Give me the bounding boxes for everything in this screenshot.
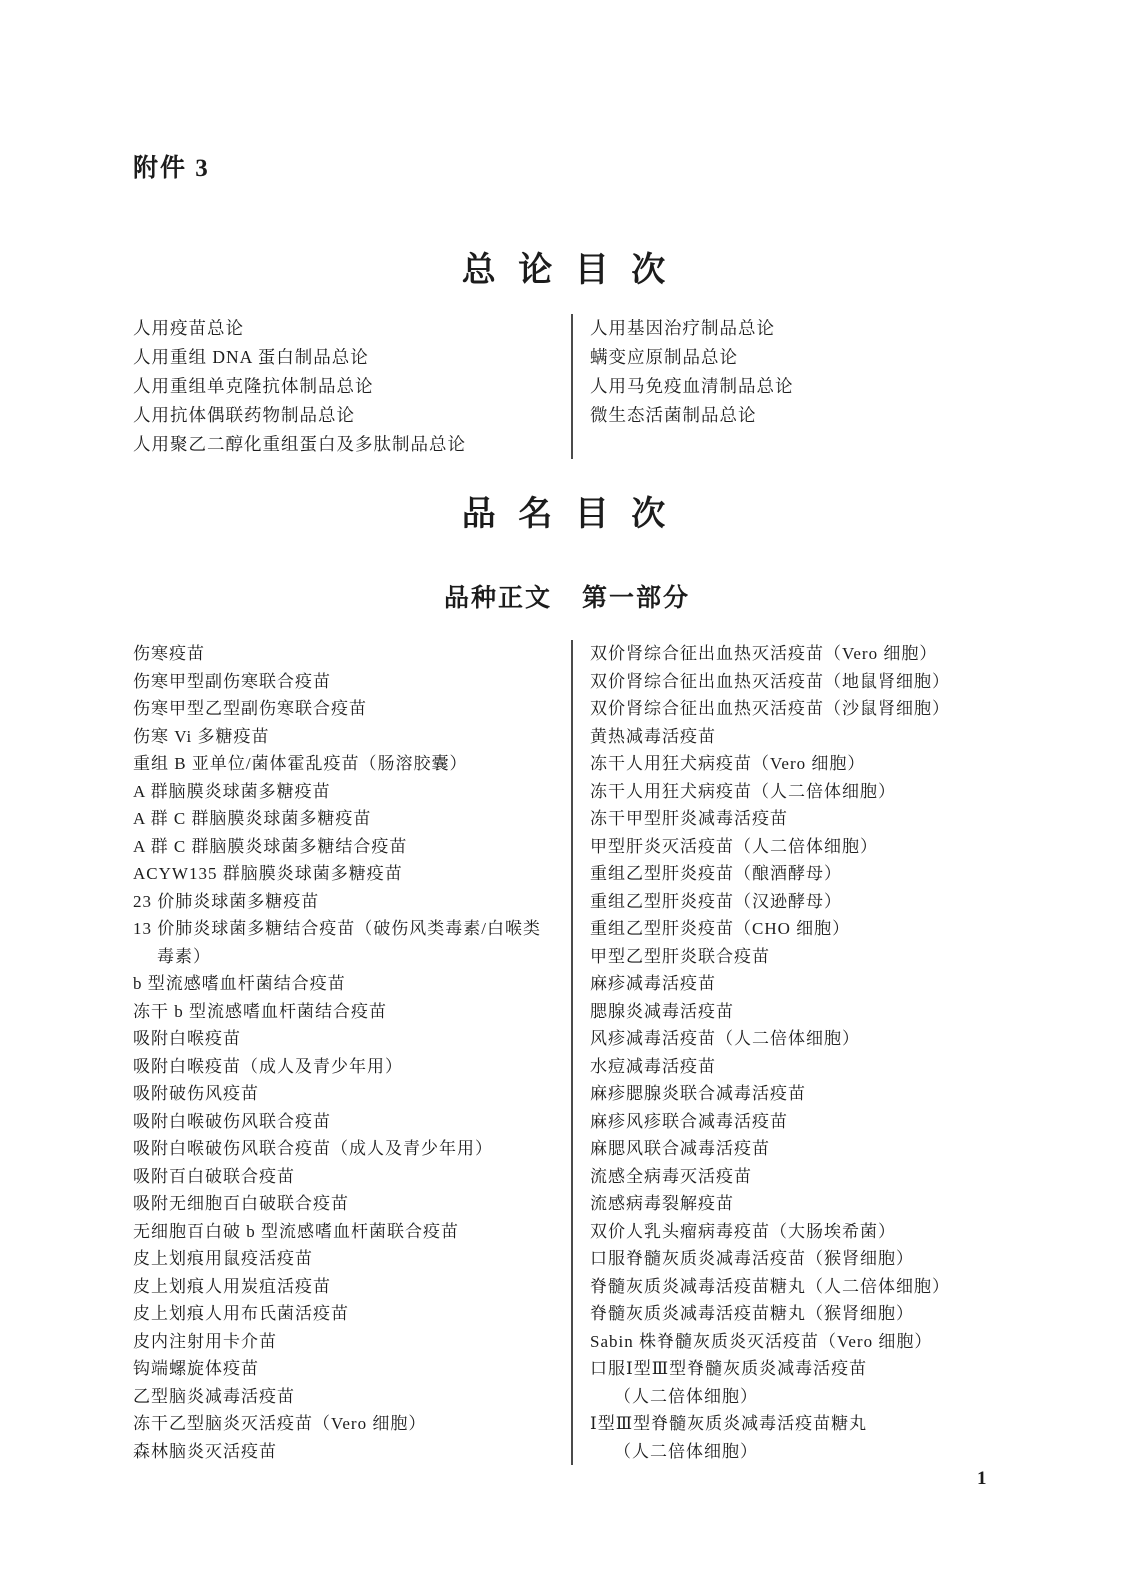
toc-entry: 皮内注射用卡介苗	[133, 1328, 571, 1356]
toc-entry: 钩端螺旋体疫苗	[133, 1355, 571, 1383]
toc-entry: 毒素）	[133, 943, 571, 971]
toc-entry: 口服Ⅰ型Ⅲ型脊髓灰质炎减毒活疫苗	[590, 1355, 1018, 1383]
toc-entry: 重组 B 亚单位/菌体霍乱疫苗（肠溶胶囊）	[133, 750, 571, 778]
toc-entry: 冻干 b 型流感嗜血杆菌结合疫苗	[133, 998, 571, 1026]
toc-entry: 甲型肝炎灭活疫苗（人二倍体细胞）	[590, 833, 1018, 861]
toc-entry: 皮上划痕人用炭疽活疫苗	[133, 1273, 571, 1301]
product-right-column: 双价肾综合征出血热灭活疫苗（Vero 细胞） 双价肾综合征出血热灭活疫苗（地鼠肾…	[573, 640, 1018, 1465]
toc-entry: 腮腺炎减毒活疫苗	[590, 998, 1018, 1026]
toc-entry: 森林脑炎灭活疫苗	[133, 1438, 571, 1466]
toc-entry: 人用基因治疗制品总论	[590, 314, 1018, 343]
toc-entry: 麻疹风疹联合减毒活疫苗	[590, 1108, 1018, 1136]
toc-entry: 皮上划痕人用布氏菌活疫苗	[133, 1300, 571, 1328]
toc-entry: 螨变应原制品总论	[590, 343, 1018, 372]
toc-entry: 人用抗体偶联药物制品总论	[133, 401, 571, 430]
section-subtitle: 品种正文第一部分	[0, 578, 1134, 614]
general-left-column: 人用疫苗总论 人用重组 DNA 蛋白制品总论 人用重组单克隆抗体制品总论 人用抗…	[133, 314, 571, 459]
toc-entry: 人用重组单克隆抗体制品总论	[133, 372, 571, 401]
product-contents-list: 伤寒疫苗 伤寒甲型副伤寒联合疫苗 伤寒甲型乙型副伤寒联合疫苗 伤寒 Vi 多糖疫…	[133, 640, 1018, 1465]
toc-entry: 脊髓灰质炎减毒活疫苗糖丸（猴肾细胞）	[590, 1300, 1018, 1328]
product-left-column: 伤寒疫苗 伤寒甲型副伤寒联合疫苗 伤寒甲型乙型副伤寒联合疫苗 伤寒 Vi 多糖疫…	[133, 640, 571, 1465]
general-right-column: 人用基因治疗制品总论 螨变应原制品总论 人用马免疫血清制品总论 微生态活菌制品总…	[573, 314, 1018, 459]
toc-entry: 无细胞百白破 b 型流感嗜血杆菌联合疫苗	[133, 1218, 571, 1246]
toc-entry: A 群脑膜炎球菌多糖疫苗	[133, 778, 571, 806]
toc-entry: 冻干乙型脑炎灭活疫苗（Vero 细胞）	[133, 1410, 571, 1438]
toc-entry: 水痘减毒活疫苗	[590, 1053, 1018, 1081]
toc-entry: A 群 C 群脑膜炎球菌多糖结合疫苗	[133, 833, 571, 861]
toc-entry: 吸附白喉破伤风联合疫苗	[133, 1108, 571, 1136]
toc-entry: 麻疹减毒活疫苗	[590, 970, 1018, 998]
product-contents-title: 品 名 目 次	[0, 486, 1134, 535]
toc-entry: 伤寒甲型乙型副伤寒联合疫苗	[133, 695, 571, 723]
toc-entry: 双价肾综合征出血热灭活疫苗（Vero 细胞）	[590, 640, 1018, 668]
toc-entry: 伤寒疫苗	[133, 640, 571, 668]
toc-entry: 冻干人用狂犬病疫苗（Vero 细胞）	[590, 750, 1018, 778]
toc-entry: 乙型脑炎减毒活疫苗	[133, 1383, 571, 1411]
toc-entry: 冻干人用狂犬病疫苗（人二倍体细胞）	[590, 778, 1018, 806]
toc-entry: 人用马免疫血清制品总论	[590, 372, 1018, 401]
toc-entry: 黄热减毒活疫苗	[590, 723, 1018, 751]
general-contents-list: 人用疫苗总论 人用重组 DNA 蛋白制品总论 人用重组单克隆抗体制品总论 人用抗…	[133, 314, 1018, 459]
toc-entry: 双价人乳头瘤病毒疫苗（大肠埃希菌）	[590, 1218, 1018, 1246]
subtitle-part2: 第一部分	[582, 585, 690, 612]
toc-entry: 流感全病毒灭活疫苗	[590, 1163, 1018, 1191]
toc-entry: 麻腮风联合减毒活疫苗	[590, 1135, 1018, 1163]
toc-entry: 流感病毒裂解疫苗	[590, 1190, 1018, 1218]
toc-entry: 微生态活菌制品总论	[590, 401, 1018, 430]
toc-entry: 双价肾综合征出血热灭活疫苗（地鼠肾细胞）	[590, 668, 1018, 696]
toc-entry: b 型流感嗜血杆菌结合疫苗	[133, 970, 571, 998]
toc-entry: 双价肾综合征出血热灭活疫苗（沙鼠肾细胞）	[590, 695, 1018, 723]
toc-entry: 吸附白喉疫苗（成人及青少年用）	[133, 1053, 571, 1081]
toc-entry: 伤寒甲型副伤寒联合疫苗	[133, 668, 571, 696]
toc-entry: 人用重组 DNA 蛋白制品总论	[133, 343, 571, 372]
toc-entry: 重组乙型肝炎疫苗（酿酒酵母）	[590, 860, 1018, 888]
document-page: 附件 3 总 论 目 次 人用疫苗总论 人用重组 DNA 蛋白制品总论 人用重组…	[0, 0, 1134, 1580]
toc-entry: 吸附无细胞百白破联合疫苗	[133, 1190, 571, 1218]
toc-entry: 风疹减毒活疫苗（人二倍体细胞）	[590, 1025, 1018, 1053]
toc-entry: 人用疫苗总论	[133, 314, 571, 343]
toc-entry: Ⅰ型Ⅲ型脊髓灰质炎减毒活疫苗糖丸	[590, 1410, 1018, 1438]
toc-entry: ACYW135 群脑膜炎球菌多糖疫苗	[133, 860, 571, 888]
toc-entry: 23 价肺炎球菌多糖疫苗	[133, 888, 571, 916]
toc-entry: 脊髓灰质炎减毒活疫苗糖丸（人二倍体细胞）	[590, 1273, 1018, 1301]
toc-entry: （人二倍体细胞）	[590, 1383, 1018, 1411]
toc-entry: 甲型乙型肝炎联合疫苗	[590, 943, 1018, 971]
toc-entry: 重组乙型肝炎疫苗（汉逊酵母）	[590, 888, 1018, 916]
toc-entry: 皮上划痕用鼠疫活疫苗	[133, 1245, 571, 1273]
general-contents-title: 总 论 目 次	[0, 242, 1134, 291]
toc-entry: 吸附破伤风疫苗	[133, 1080, 571, 1108]
toc-entry: 麻疹腮腺炎联合减毒活疫苗	[590, 1080, 1018, 1108]
toc-entry: A 群 C 群脑膜炎球菌多糖疫苗	[133, 805, 571, 833]
toc-entry: 冻干甲型肝炎减毒活疫苗	[590, 805, 1018, 833]
toc-entry: 人用聚乙二醇化重组蛋白及多肽制品总论	[133, 430, 571, 459]
toc-entry: 吸附百白破联合疫苗	[133, 1163, 571, 1191]
toc-entry: 口服脊髓灰质炎减毒活疫苗（猴肾细胞）	[590, 1245, 1018, 1273]
subtitle-part1: 品种正文	[444, 585, 552, 612]
toc-entry: 吸附白喉破伤风联合疫苗（成人及青少年用）	[133, 1135, 571, 1163]
toc-entry: 吸附白喉疫苗	[133, 1025, 571, 1053]
page-number: 1	[977, 1468, 987, 1490]
toc-entry: Sabin 株脊髓灰质炎灭活疫苗（Vero 细胞）	[590, 1328, 1018, 1356]
toc-entry: （人二倍体细胞）	[590, 1438, 1018, 1466]
toc-entry: 伤寒 Vi 多糖疫苗	[133, 723, 571, 751]
toc-entry: 重组乙型肝炎疫苗（CHO 细胞）	[590, 915, 1018, 943]
attachment-label: 附件 3	[133, 148, 210, 184]
toc-entry: 13 价肺炎球菌多糖结合疫苗（破伤风类毒素/白喉类	[133, 915, 571, 943]
